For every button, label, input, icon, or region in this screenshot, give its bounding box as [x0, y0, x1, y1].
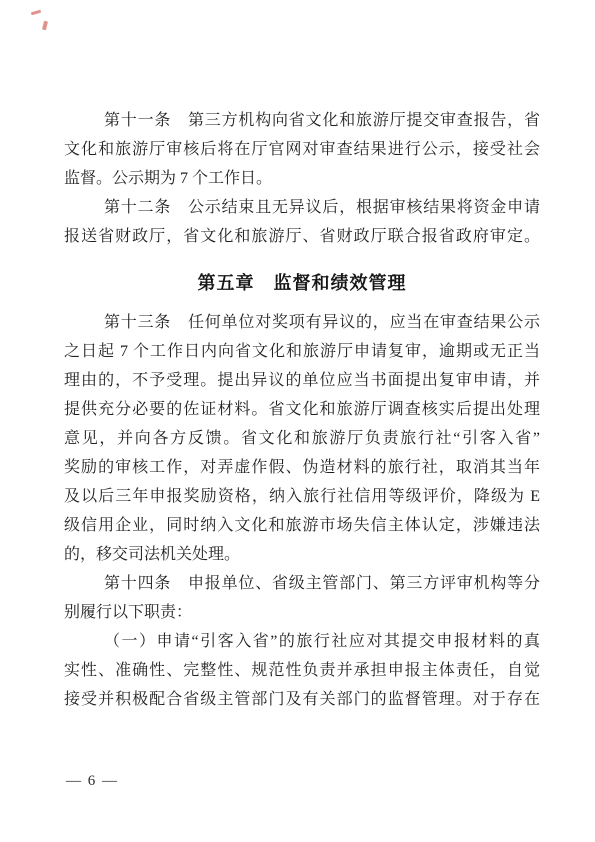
red-ink-mark [42, 21, 48, 31]
text-line: 监督。公示期为 7 个工作日。 [64, 164, 540, 193]
text-line: 理由的，不予受理。提出异议的单位应当书面提出复审申请，并 [64, 366, 540, 395]
text-line: 的，移交司法机关处理。 [64, 540, 540, 569]
paragraph: （一）申请“引客入省”的旅行社应对其提交申报材料的真实性、准确性、完整性、规范性… [64, 627, 540, 714]
text-line: （一）申请“引客入省”的旅行社应对其提交申报材料的真 [64, 627, 540, 656]
text-line: 第十三条 任何单位对奖项有异议的，应当在审查结果公示 [64, 308, 540, 337]
text-line: 意见，并向各方反馈。省文化和旅游厅负责旅行社“引客入省” [64, 424, 540, 453]
red-ink-mark [31, 10, 41, 16]
text-line: 第十四条 申报单位、省级主管部门、第三方评审机构等分 [64, 569, 540, 598]
text-line: 奖励的审核工作，对弄虚作假、伪造材料的旅行社，取消其当年 [64, 453, 540, 482]
chapter-heading: 第五章 监督和绩效管理 [64, 267, 540, 299]
text-line: 级信用企业，同时纳入文化和旅游市场失信主体认定，涉嫌违法 [64, 511, 540, 540]
paragraph: 第十一条 第三方机构向省文化和旅游厅提交审查报告，省文化和旅游厅审核后将在厅官网… [64, 106, 540, 193]
paragraph: 第十四条 申报单位、省级主管部门、第三方评审机构等分别履行以下职责： [64, 569, 540, 627]
text-line: 及以后三年申报奖励资格，纳入旅行社信用等级评价，降级为 E [64, 482, 540, 511]
text-line: 第十二条 公示结束且无异议后，根据审核结果将资金申请 [64, 193, 540, 222]
document-page: 第十一条 第三方机构向省文化和旅游厅提交审查报告，省文化和旅游厅审核后将在厅官网… [0, 0, 595, 842]
paragraph: 第十二条 公示结束且无异议后，根据审核结果将资金申请报送省财政厅，省文化和旅游厅… [64, 193, 540, 251]
text-line: 接受并积极配合省级主管部门及有关部门的监督管理。对于存在 [64, 685, 540, 714]
text-line: 之日起 7 个工作日内向省文化和旅游厅申请复审，逾期或无正当 [64, 337, 540, 366]
document-body: 第十一条 第三方机构向省文化和旅游厅提交审查报告，省文化和旅游厅审核后将在厅官网… [64, 106, 540, 714]
text-line: 文化和旅游厅审核后将在厅官网对审查结果进行公示，接受社会 [64, 135, 540, 164]
text-line: 实性、准确性、完整性、规范性负责并承担申报主体责任，自觉 [64, 656, 540, 685]
paragraph: 第十三条 任何单位对奖项有异议的，应当在审查结果公示之日起 7 个工作日内向省文… [64, 308, 540, 569]
text-line: 第十一条 第三方机构向省文化和旅游厅提交审查报告，省 [64, 106, 540, 135]
page-number: — 6 — [66, 773, 119, 790]
text-line: 报送省财政厅，省文化和旅游厅、省财政厅联合报省政府审定。 [64, 222, 540, 251]
text-line: 别履行以下职责： [64, 598, 540, 627]
text-line: 提供充分必要的佐证材料。省文化和旅游厅调查核实后提出处理 [64, 395, 540, 424]
